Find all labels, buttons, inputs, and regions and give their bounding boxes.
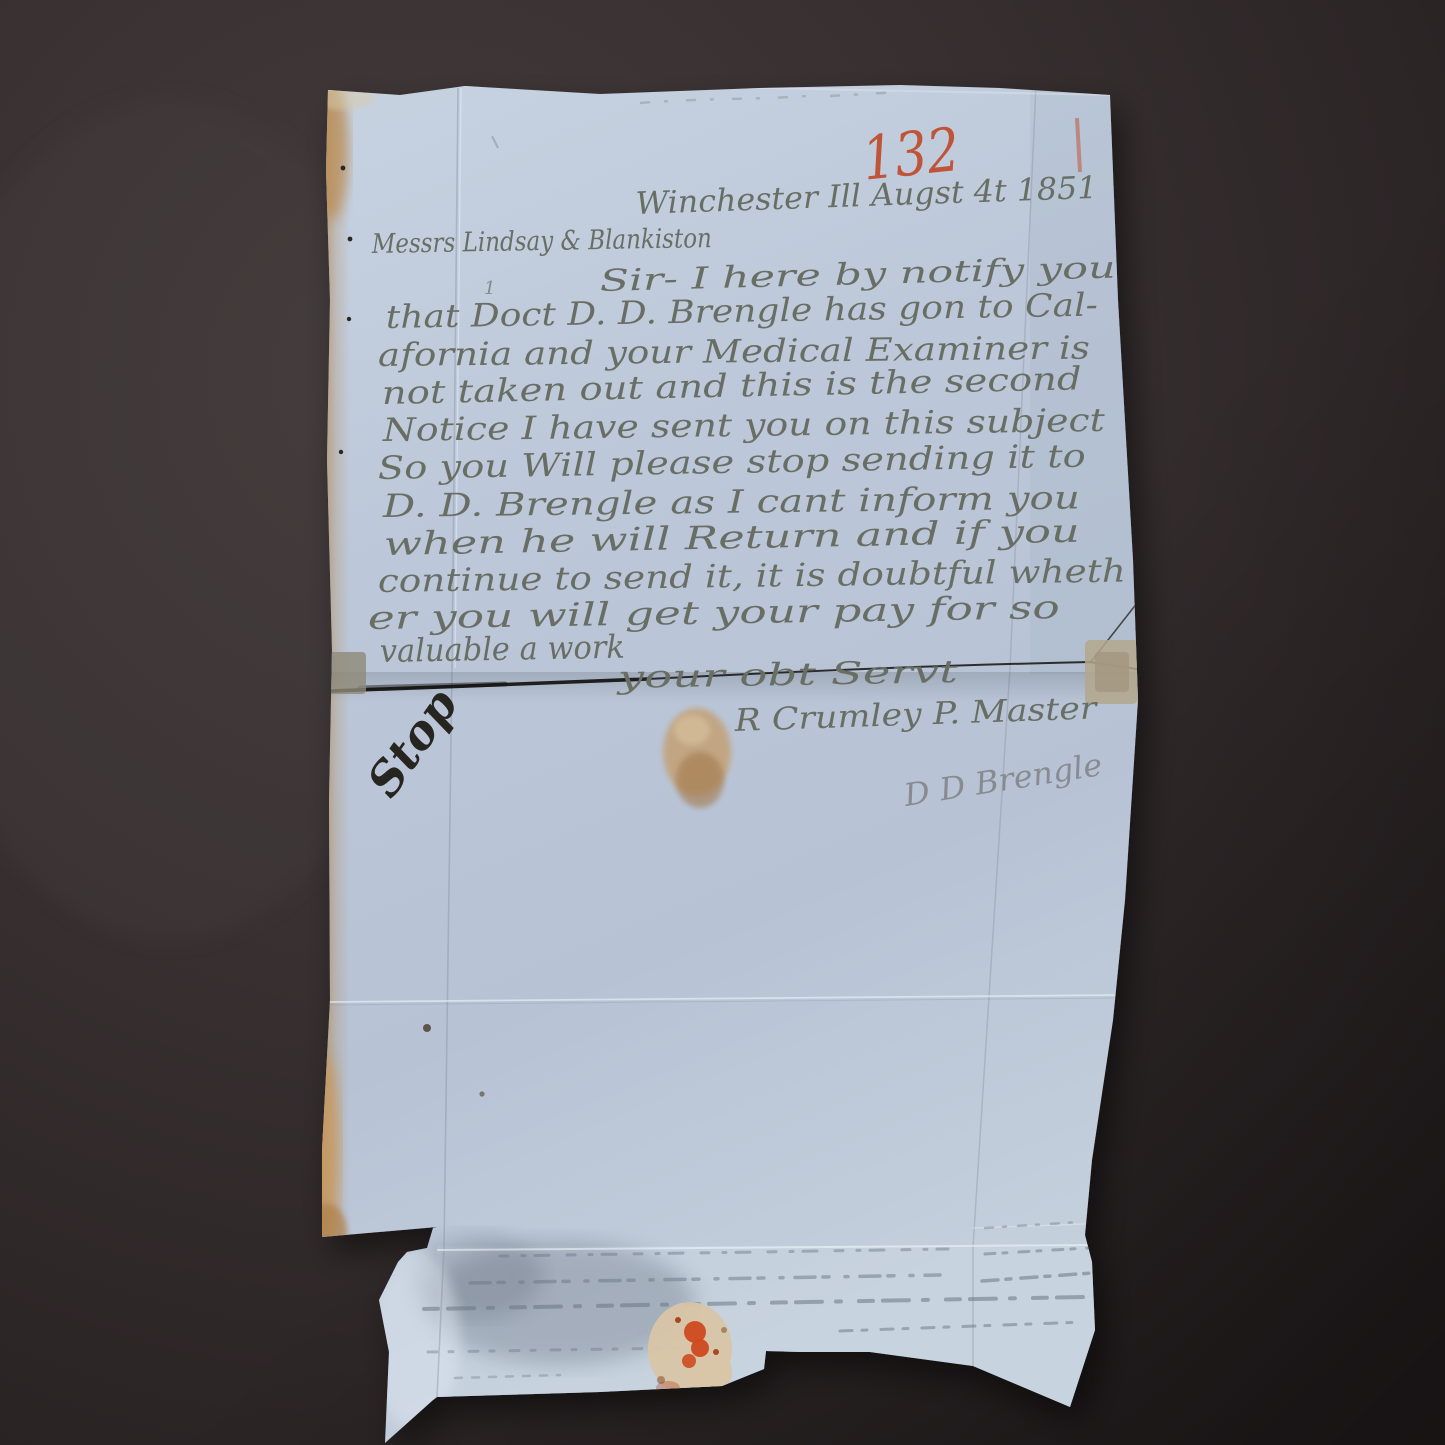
pinhole <box>339 450 343 454</box>
small-spot <box>479 1091 484 1096</box>
pinhole <box>341 166 346 171</box>
tape-remnant-right-inner <box>1095 652 1129 692</box>
wax-seal <box>648 1302 732 1396</box>
recipient-text: Messrs Lindsay & Blankiston <box>371 223 712 260</box>
closing-text: your obt Servt <box>615 654 959 696</box>
photo-stage: 132 Winchester Ill Augst 4t 1851 Messrs … <box>0 0 1445 1445</box>
letter-photo: 132 Winchester Ill Augst 4t 1851 Messrs … <box>0 0 1445 1445</box>
tape-remnant-left <box>328 652 366 694</box>
pinhole <box>347 317 351 321</box>
ink-spot <box>423 1024 431 1032</box>
pinhole <box>348 237 353 242</box>
body-line: valuable a work <box>379 628 625 670</box>
